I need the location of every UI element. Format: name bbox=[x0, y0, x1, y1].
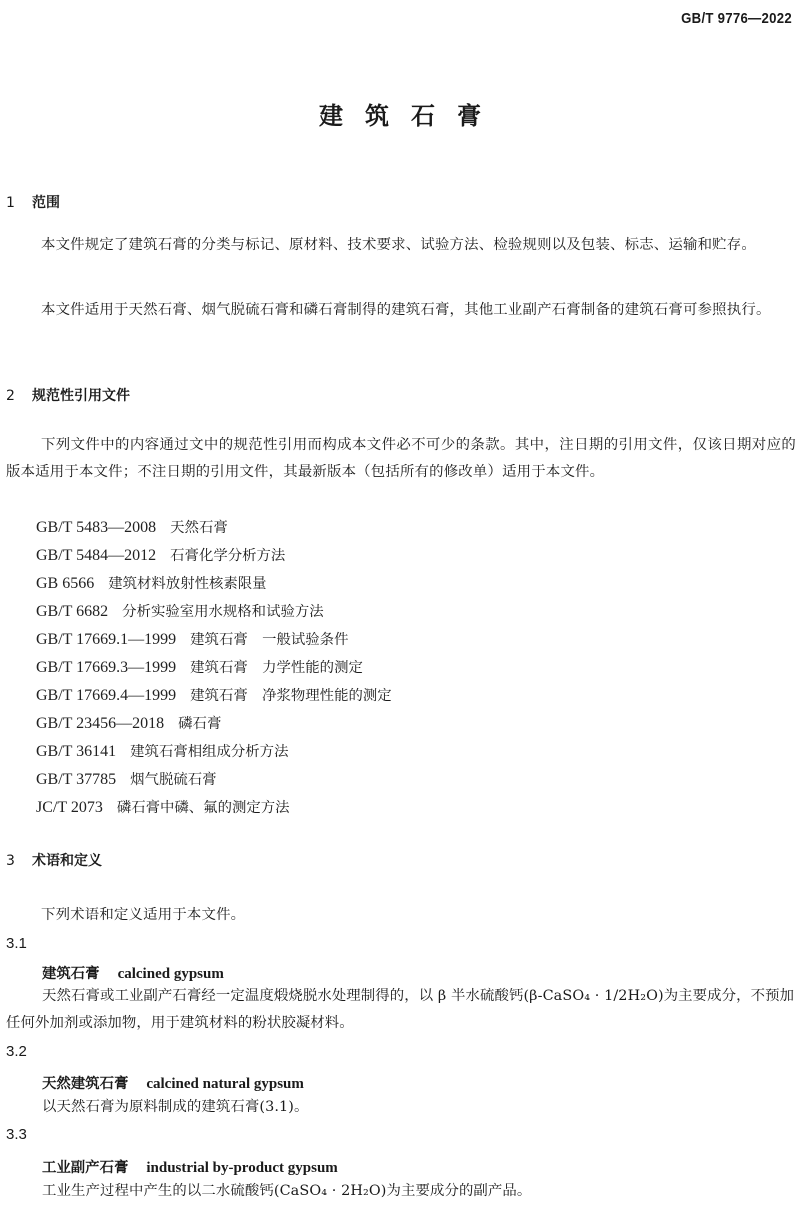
reference-code: GB/T 17669.4—1999 bbox=[36, 687, 176, 704]
term-zh: 建筑石膏 bbox=[42, 966, 100, 982]
normative-references-list: GB/T 5483—2008天然石膏 GB/T 5484—2012石膏化学分析方… bbox=[36, 514, 392, 822]
reference-item: GB/T 36141建筑石膏相组成分析方法 bbox=[36, 738, 392, 766]
reference-code: GB/T 5484—2012 bbox=[36, 547, 156, 564]
term-number: 3.2 bbox=[6, 1043, 27, 1060]
reference-title: 天然石膏 bbox=[170, 520, 228, 536]
section-title: 范围 bbox=[32, 195, 60, 211]
term-title: 建筑石膏calcined gypsum bbox=[42, 962, 224, 983]
section-2-paragraph-1: 下列文件中的内容通过文中的规范性引用而构成本文件必不可少的条款。其中，注日期的引… bbox=[6, 432, 796, 486]
section-1-heading: 1范围 bbox=[6, 192, 60, 212]
section-title: 术语和定义 bbox=[32, 853, 102, 869]
section-title: 规范性引用文件 bbox=[32, 388, 130, 404]
reference-title: 建筑石膏 一般试验条件 bbox=[190, 632, 348, 648]
term-title: 工业副产石膏industrial by-product gypsum bbox=[42, 1156, 338, 1177]
reference-code: GB/T 17669.3—1999 bbox=[36, 659, 176, 676]
reference-item: GB/T 37785烟气脱硫石膏 bbox=[36, 766, 392, 794]
reference-title: 磷石膏中磷、氟的测定方法 bbox=[117, 800, 290, 816]
reference-item: GB/T 17669.1—1999建筑石膏 一般试验条件 bbox=[36, 626, 392, 654]
reference-item: GB/T 5483—2008天然石膏 bbox=[36, 514, 392, 542]
section-2-heading: 2规范性引用文件 bbox=[6, 385, 130, 405]
section-3-heading: 3术语和定义 bbox=[6, 850, 102, 870]
reference-title: 建筑石膏 力学性能的测定 bbox=[190, 660, 363, 676]
section-1-paragraph-1: 本文件规定了建筑石膏的分类与标记、原材料、技术要求、试验方法、检验规则以及包装、… bbox=[6, 232, 796, 259]
reference-code: GB/T 37785 bbox=[36, 771, 116, 788]
reference-code: GB/T 23456—2018 bbox=[36, 715, 164, 732]
section-3-paragraph-1: 下列术语和定义适用于本文件。 bbox=[6, 902, 796, 929]
term-en: calcined gypsum bbox=[118, 966, 224, 982]
reference-code: GB/T 5483—2008 bbox=[36, 519, 156, 536]
reference-item: GB/T 17669.4—1999建筑石膏 净浆物理性能的测定 bbox=[36, 682, 392, 710]
reference-item: GB 6566建筑材料放射性核素限量 bbox=[36, 570, 392, 598]
reference-title: 烟气脱硫石膏 bbox=[130, 772, 216, 788]
term-zh: 天然建筑石膏 bbox=[42, 1076, 128, 1092]
term-zh: 工业副产石膏 bbox=[42, 1160, 128, 1176]
section-1-paragraph-2: 本文件适用于天然石膏、烟气脱硫石膏和磷石膏制得的建筑石膏，其他工业副产石膏制备的… bbox=[6, 297, 796, 324]
term-title: 天然建筑石膏calcined natural gypsum bbox=[42, 1072, 304, 1093]
term-definition: 天然石膏或工业副产石膏经一定温度煅烧脱水处理制得的，以 β 半水硫酸钙(β-Ca… bbox=[6, 983, 796, 1037]
reference-item: JC/T 2073磷石膏中磷、氟的测定方法 bbox=[36, 794, 392, 822]
section-number: 2 bbox=[6, 388, 32, 404]
reference-title: 石膏化学分析方法 bbox=[170, 548, 285, 564]
reference-title: 建筑石膏相组成分析方法 bbox=[130, 744, 288, 760]
reference-code: GB/T 6682 bbox=[36, 603, 108, 620]
document-title: 建筑石膏 bbox=[0, 96, 800, 131]
reference-title: 磷石膏 bbox=[178, 716, 221, 732]
term-en: calcined natural gypsum bbox=[146, 1076, 304, 1092]
reference-item: GB/T 17669.3—1999建筑石膏 力学性能的测定 bbox=[36, 654, 392, 682]
standard-code: GB/T 9776—2022 bbox=[681, 10, 792, 27]
reference-item: GB/T 5484—2012石膏化学分析方法 bbox=[36, 542, 392, 570]
reference-code: GB 6566 bbox=[36, 575, 94, 592]
reference-code: JC/T 2073 bbox=[36, 799, 103, 816]
reference-code: GB/T 17669.1—1999 bbox=[36, 631, 176, 648]
term-definition: 工业生产过程中产生的以二水硫酸钙(CaSO₄ · 2H₂O)为主要成分的副产品。 bbox=[6, 1178, 796, 1205]
term-number: 3.3 bbox=[6, 1126, 27, 1143]
term-number: 3.1 bbox=[6, 935, 27, 952]
reference-item: GB/T 6682分析实验室用水规格和试验方法 bbox=[36, 598, 392, 626]
section-number: 1 bbox=[6, 195, 32, 211]
reference-title: 分析实验室用水规格和试验方法 bbox=[122, 604, 323, 620]
reference-title: 建筑材料放射性核素限量 bbox=[108, 576, 266, 592]
term-en: industrial by-product gypsum bbox=[146, 1160, 337, 1176]
reference-code: GB/T 36141 bbox=[36, 743, 116, 760]
reference-title: 建筑石膏 净浆物理性能的测定 bbox=[190, 688, 391, 704]
section-number: 3 bbox=[6, 853, 32, 869]
term-definition: 以天然石膏为原料制成的建筑石膏(3.1)。 bbox=[6, 1094, 796, 1121]
reference-item: GB/T 23456—2018磷石膏 bbox=[36, 710, 392, 738]
